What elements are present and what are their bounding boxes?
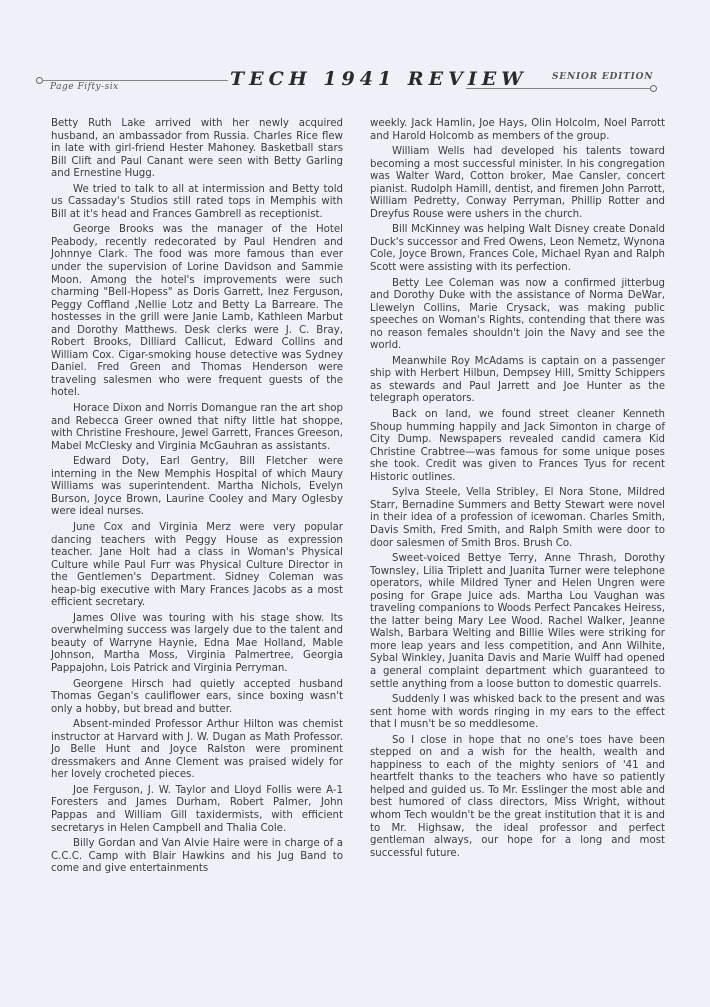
publication-title: TECH 1941 REVIEW xyxy=(230,68,528,90)
paragraph: Betty Lee Coleman was now a confirmed ji… xyxy=(370,278,665,353)
paragraph: Horace Dixon and Norris Domangue ran the… xyxy=(51,403,343,453)
paragraph: Billy Gordan and Van Alvie Haire were in… xyxy=(51,838,343,876)
paragraph: Betty Ruth Lake arrived with her newly a… xyxy=(51,118,343,181)
header-rule-left xyxy=(42,80,228,81)
edition-label: SENIOR EDITION xyxy=(552,72,653,82)
paragraph: weekly. Jack Hamlin, Joe Hays, Olin Holc… xyxy=(370,118,665,143)
left-column: Betty Ruth Lake arrived with her newly a… xyxy=(51,118,343,879)
paragraph: We tried to talk to all at intermission … xyxy=(51,184,343,222)
paragraph: Meanwhile Roy McAdams is captain on a pa… xyxy=(370,356,665,406)
right-column: weekly. Jack Hamlin, Joe Hays, Olin Holc… xyxy=(370,118,665,863)
paragraph: Sweet-voiced Bettye Terry, Anne Thrash, … xyxy=(370,553,665,691)
paragraph: So I close in hope that no one's toes ha… xyxy=(370,735,665,860)
paragraph: Sylva Steele, Vella Stribley, El Nora St… xyxy=(370,487,665,550)
paragraph: Suddenly I was whisked back to the prese… xyxy=(370,694,665,732)
header-rule-right xyxy=(466,88,650,89)
paragraph: Joe Ferguson, J. W. Taylor and Lloyd Fol… xyxy=(51,785,343,835)
page-number: Page Fifty-six xyxy=(50,82,119,92)
paragraph: Bill McKinney was helping Walt Disney cr… xyxy=(370,224,665,274)
paragraph: Absent-minded Professor Arthur Hilton wa… xyxy=(51,719,343,782)
paragraph: James Olive was touring with his stage s… xyxy=(51,613,343,676)
paragraph: Georgene Hirsch had quietly accepted hus… xyxy=(51,679,343,717)
page-header: Page Fifty-six TECH 1941 REVIEW SENIOR E… xyxy=(0,0,710,110)
ornament-dot-icon xyxy=(650,85,657,92)
paragraph: Back on land, we found street cleaner Ke… xyxy=(370,409,665,484)
paragraph: George Brooks was the manager of the Hot… xyxy=(51,224,343,400)
paragraph: William Wells had developed his talents … xyxy=(370,146,665,221)
paragraph: June Cox and Virginia Merz were very pop… xyxy=(51,522,343,610)
paragraph: Edward Doty, Earl Gentry, Bill Fletcher … xyxy=(51,456,343,519)
